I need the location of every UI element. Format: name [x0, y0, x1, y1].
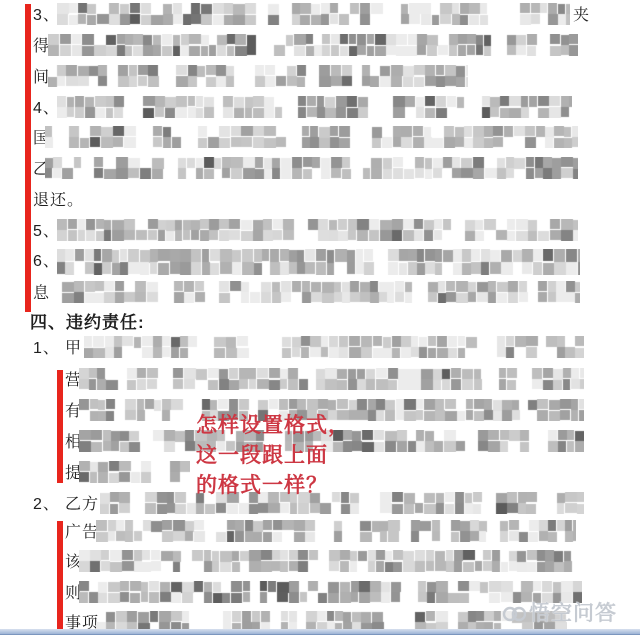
doc-text: 1、 [33, 339, 60, 358]
tracked-change-bar [57, 521, 63, 635]
doc-text: 退还。 [33, 191, 84, 210]
redacted-text-mosaic [96, 520, 576, 542]
window-bottom-edge [0, 629, 640, 635]
doc-text: 3、 [33, 6, 60, 25]
redacted-text-mosaic [48, 34, 578, 56]
redacted-text-mosaic [45, 157, 578, 179]
doc-text: 乙方 [65, 495, 99, 514]
doc-text: 夹 [573, 6, 590, 25]
redacted-text-mosaic [57, 219, 578, 241]
watermark-label: 悟空问答 [529, 602, 617, 626]
doc-text: 5、 [33, 222, 60, 241]
document-page: 3、夹得间4、国乙退还。5、6、息四、违约责任:1、甲营有相提2、乙方广告该则事… [0, 0, 640, 635]
doc-heading: 四、违约责任: [30, 313, 145, 332]
redacted-text-mosaic [57, 249, 580, 275]
redacted-text-mosaic [57, 96, 572, 118]
tracked-change-bar [25, 4, 31, 312]
annotation-line: 怎样设置格式， [196, 411, 350, 441]
redacted-text-mosaic [84, 336, 584, 358]
doc-text: 2、 [33, 495, 60, 514]
doc-text: 广告 [65, 523, 99, 542]
redacted-text-mosaic [79, 368, 584, 390]
redacted-text-mosaic [45, 126, 578, 148]
doc-text: 4、 [33, 99, 60, 118]
annotation-line: 的格式一样？ [196, 471, 350, 501]
redacted-text-mosaic [48, 65, 468, 87]
redacted-text-mosaic [57, 3, 570, 25]
redacted-text-mosaic [79, 581, 582, 603]
redacted-text-mosaic [48, 281, 580, 303]
annotation-text: 怎样设置格式， 这一段跟上面 的格式一样？ [196, 411, 350, 501]
doc-text: 6、 [33, 252, 60, 271]
watermark: 悟空问答 [502, 602, 617, 626]
wukong-logo-icon [502, 603, 526, 625]
redacted-text-mosaic [79, 461, 190, 483]
doc-text: 甲 [65, 339, 82, 358]
tracked-change-bar [57, 370, 63, 483]
annotation-line: 这一段跟上面 [196, 441, 350, 471]
redacted-text-mosaic [79, 550, 582, 572]
